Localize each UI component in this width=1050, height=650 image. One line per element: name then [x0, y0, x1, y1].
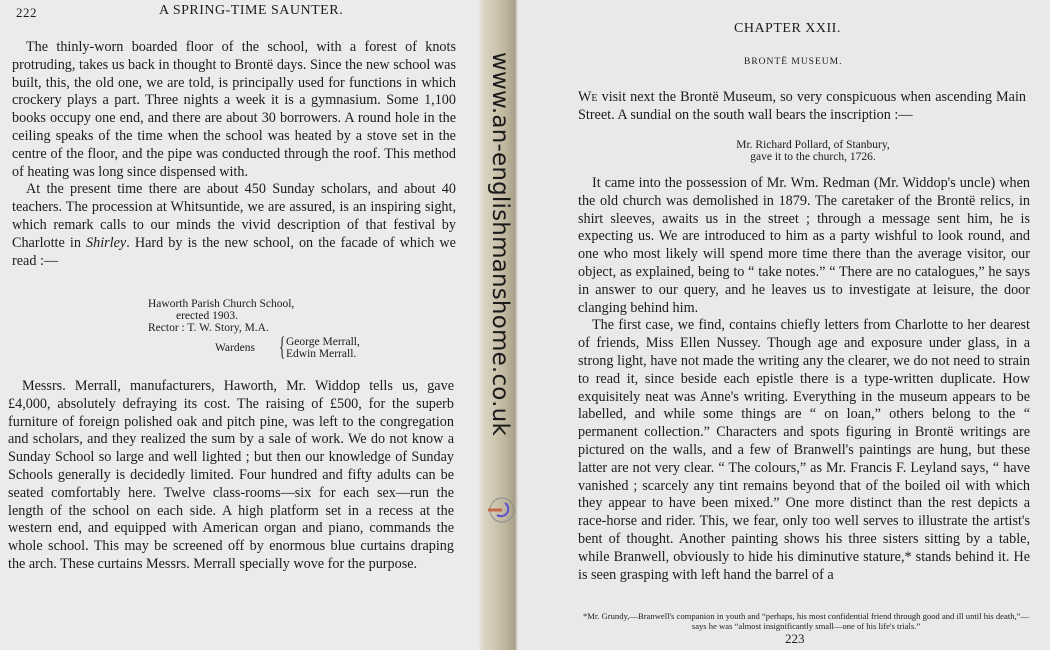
- watermark-text: www.an-englishmanshome.co.uk: [483, 52, 513, 492]
- paragraph-first-case: The first case, we find, contains chiefl…: [578, 317, 1030, 584]
- brace-icon: {: [279, 334, 285, 360]
- book-spread: 222 A SPRING-TIME SAUNTER. The thinly-wo…: [0, 0, 1050, 650]
- sundial-inscription: Mr. Richard Pollard, of Stanbury, gave i…: [703, 139, 923, 163]
- left-body-text-2: Messrs. Merrall, manufacturers, Haworth,…: [8, 378, 454, 574]
- page-number-right: 223: [785, 631, 805, 647]
- book-title-shirley: Shirley: [86, 235, 126, 251]
- left-page: 222 A SPRING-TIME SAUNTER. The thinly-wo…: [0, 0, 490, 650]
- paragraph-school-floor: The thinly-worn boarded floor of the sch…: [12, 39, 456, 181]
- drop-word: We: [578, 89, 598, 105]
- left-body-text: The thinly-worn boarded floor of the sch…: [12, 39, 456, 270]
- right-page: CHAPTER XXII. BRONTË MUSEUM. We visit ne…: [518, 0, 1050, 650]
- running-head: 222 A SPRING-TIME SAUNTER.: [14, 3, 466, 25]
- watermark-logo-icon: [488, 496, 516, 524]
- chapter-heading: CHAPTER XXII.: [734, 21, 841, 37]
- chapter-intro: We visit next the Brontë Museum, so very…: [578, 89, 1026, 125]
- paragraph-merrall: Messrs. Merrall, manufacturers, Haworth,…: [8, 378, 454, 574]
- paragraph-sunday-scholars: At the present time there are about 450 …: [12, 181, 456, 270]
- chapter-subheading: BRONTË MUSEUM.: [744, 57, 842, 67]
- footnote: *Mr. Grundy,—Branwell's companion in you…: [580, 612, 1032, 631]
- running-title: A SPRING-TIME SAUNTER.: [159, 3, 343, 19]
- right-body-text: It came into the possession of Mr. Wm. R…: [578, 175, 1030, 584]
- page-number-left: 222: [16, 5, 37, 21]
- school-inscription: Haworth Parish Church School, erected 19…: [148, 298, 388, 361]
- paragraph-redman: It came into the possession of Mr. Wm. R…: [578, 175, 1030, 317]
- wardens-block: Wardens { George Merrall, Edwin Merrall.: [148, 335, 388, 361]
